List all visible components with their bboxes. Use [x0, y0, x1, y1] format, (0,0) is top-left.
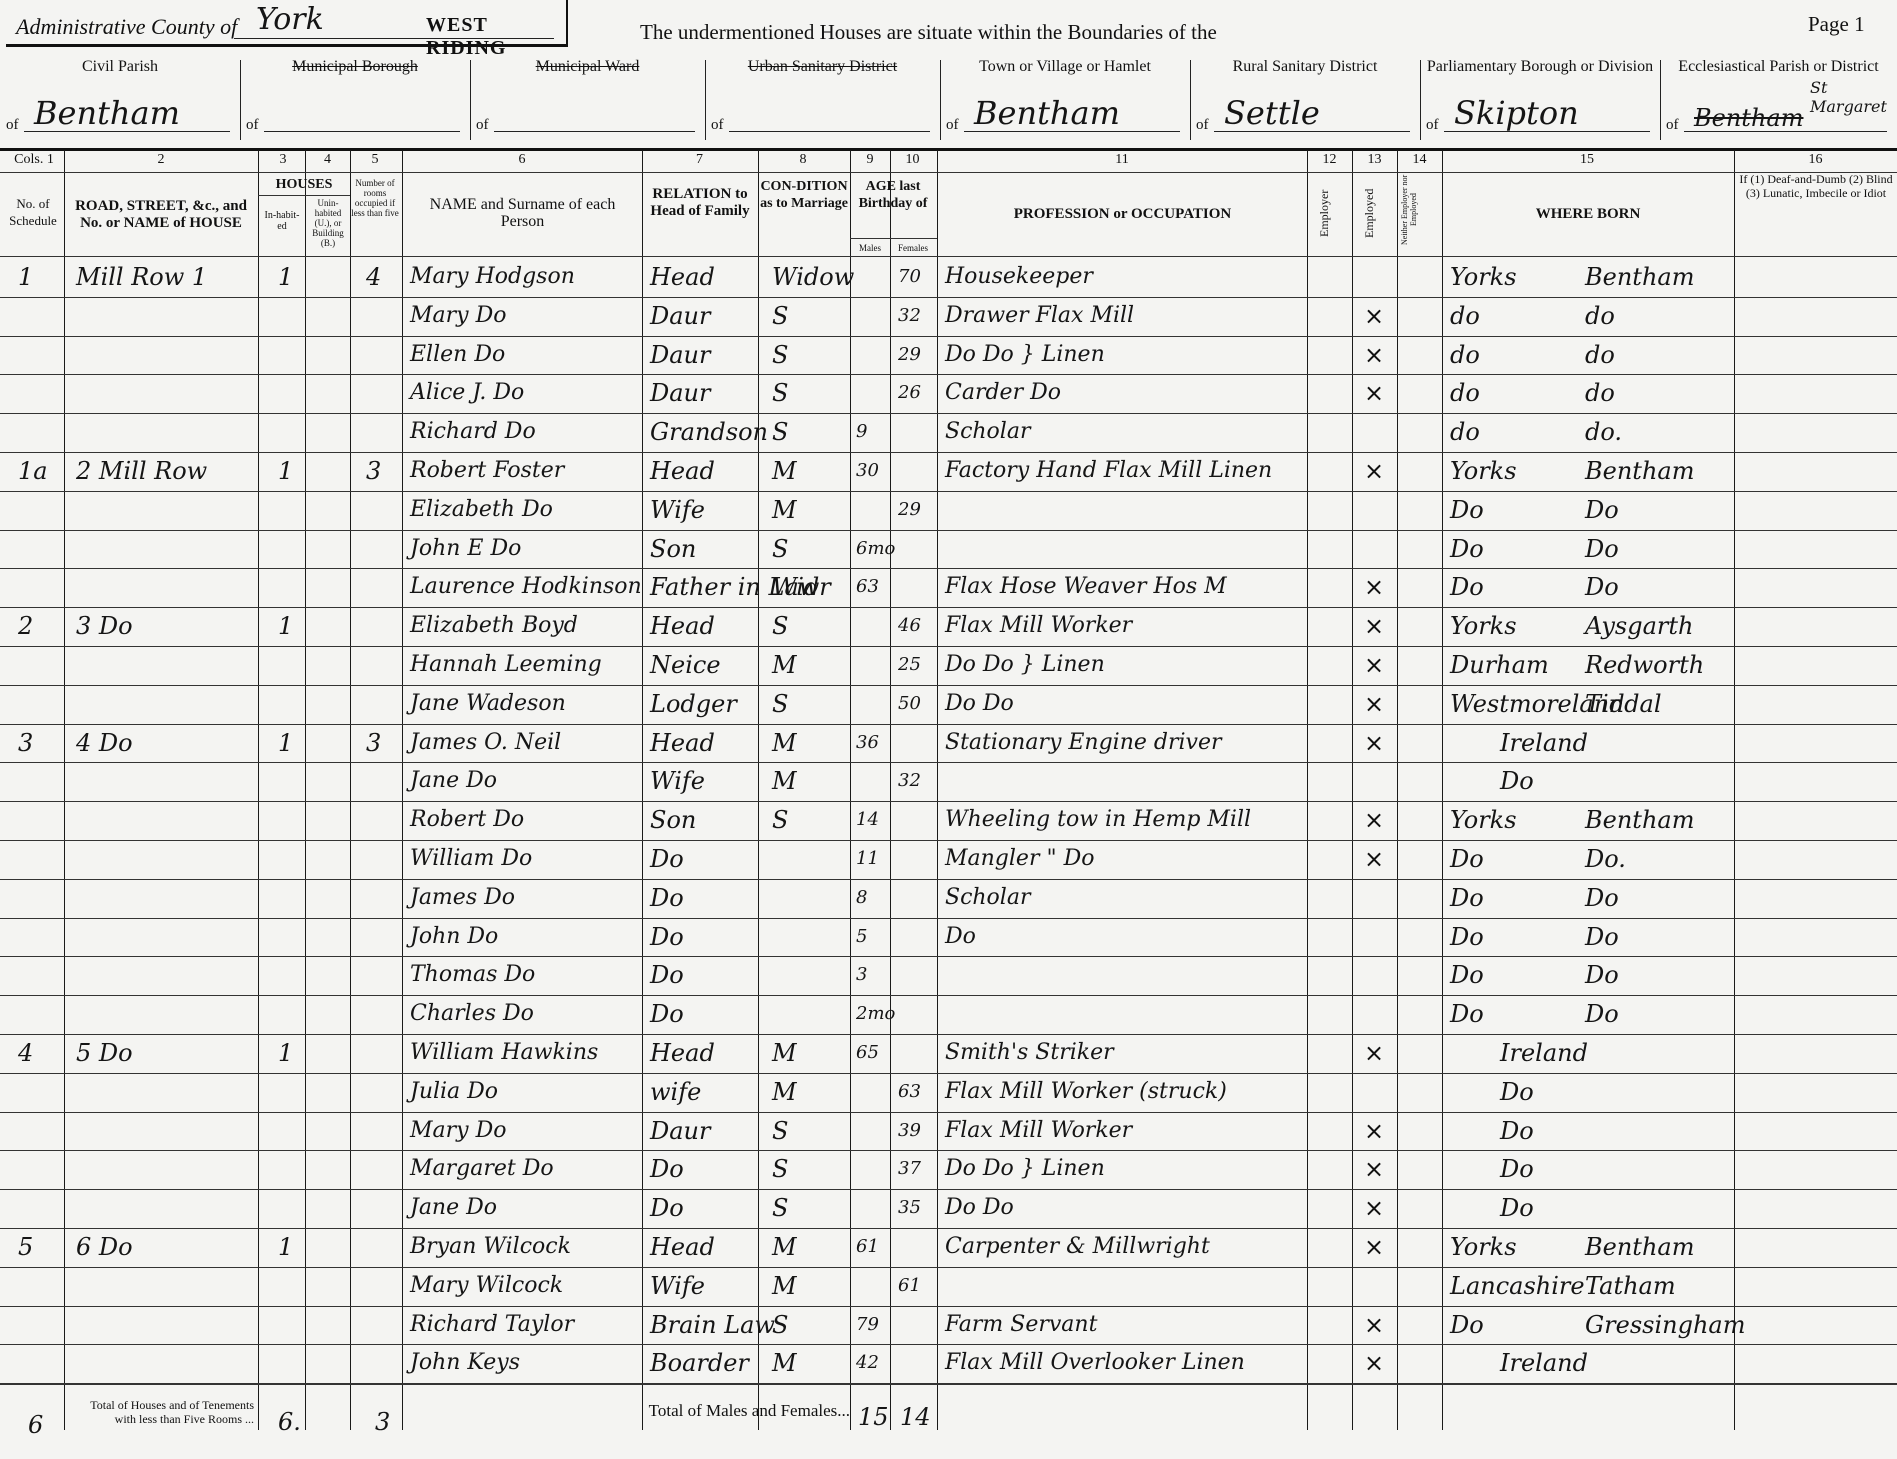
person-name: James O. Neil: [410, 726, 561, 760]
female-age: 50: [898, 687, 921, 721]
employed-mark: ×: [1364, 1114, 1384, 1148]
relation: Wife: [650, 764, 705, 798]
underline: [494, 131, 695, 132]
occupation: Farm Servant: [945, 1308, 1097, 1342]
inhabited-count: 1: [278, 260, 293, 294]
occupation: Do Do } Linen: [945, 338, 1105, 372]
relation: Son: [650, 803, 696, 837]
column-divider: [1397, 150, 1398, 1430]
born-county: Do: [1450, 958, 1484, 992]
col-number: 6: [402, 152, 642, 168]
occupation: Wheeling tow in Hemp Mill: [945, 803, 1251, 837]
col-heading-address: ROAD, STREET, &c., and No. or NAME of HO…: [66, 198, 256, 232]
occupation: Housekeeper: [945, 260, 1093, 294]
female-age: 63: [898, 1075, 921, 1109]
person-name: Robert Foster: [410, 454, 564, 488]
employed-mark: ×: [1364, 454, 1384, 488]
born-county: Do: [1450, 493, 1484, 527]
rooms-count: 3: [366, 726, 381, 760]
born-county: Do: [1500, 1075, 1534, 1109]
inhabited-count: 1: [278, 454, 293, 488]
person-name: Mary Hodgson: [410, 260, 575, 294]
district-ecclesiastical: Ecclesiastical Parish or District of Ben…: [1660, 52, 1897, 144]
district-municipal-borough: Municipal Borough of: [240, 52, 470, 144]
col-heading-where-born: WHERE BORN: [1444, 206, 1732, 223]
person-name: Ellen Do: [410, 338, 505, 372]
employed-mark: ×: [1364, 1230, 1384, 1264]
born-county: Do: [1450, 1308, 1484, 1342]
relation: Daur: [650, 376, 710, 410]
born-county: Ireland: [1500, 1036, 1588, 1070]
condition: S: [772, 609, 788, 643]
district-parliamentary: Parliamentary Borough or Division of Ski…: [1420, 52, 1660, 144]
condition: M: [772, 454, 797, 488]
occupation: Stationary Engine driver: [945, 726, 1222, 760]
relation: Do: [650, 881, 684, 915]
persons-total-label: Total of Males and Females...: [560, 1404, 850, 1418]
born-place: Do: [1585, 532, 1619, 566]
houses-rule: [258, 195, 350, 196]
male-age: 9: [856, 415, 867, 449]
address: Mill Row 1: [76, 260, 207, 294]
person-name: Mary Do: [410, 299, 506, 333]
condition: S: [772, 338, 788, 372]
born-county: Do: [1450, 997, 1484, 1031]
column-divider: [937, 150, 938, 1430]
ecclesiastical-annotation: St Margaret: [1810, 78, 1897, 116]
employed-mark: ×: [1364, 299, 1384, 333]
inhabited-count: 1: [278, 1230, 293, 1264]
occupation: Do: [945, 920, 976, 954]
males-total: 15: [858, 1400, 889, 1434]
female-age: 26: [898, 376, 921, 410]
county-value: York: [256, 2, 324, 37]
born-county: Do: [1450, 920, 1484, 954]
condition: M: [772, 1269, 797, 1303]
district-value: Bentham: [974, 94, 1120, 132]
female-age: 46: [898, 609, 921, 643]
person-name: Margaret Do: [410, 1152, 554, 1186]
employed-mark: ×: [1364, 570, 1384, 604]
district-label: Municipal Borough: [240, 58, 470, 75]
person-name: Laurence Hodkinson: [410, 570, 642, 604]
born-county: Durham: [1450, 648, 1549, 682]
district-label: Town or Village or Hamlet: [940, 58, 1190, 75]
relation: Do: [650, 997, 684, 1031]
row-rule: [0, 724, 1897, 725]
relation: Head: [650, 726, 715, 760]
row-rule: [0, 1112, 1897, 1113]
occupation: Do Do: [945, 687, 1014, 721]
person-name: John E Do: [410, 532, 521, 566]
relation: Daur: [650, 299, 710, 333]
condition: Widr: [772, 570, 831, 604]
condition: M: [772, 1230, 797, 1264]
address: 3 Do: [76, 609, 133, 643]
condition: M: [772, 1036, 797, 1070]
condition: M: [772, 648, 797, 682]
born-place: Bentham: [1585, 803, 1694, 837]
district-town-village: Town or Village or Hamlet of Bentham: [940, 52, 1190, 144]
col-number: 11: [937, 152, 1307, 168]
person-name: Alice J. Do: [410, 376, 524, 410]
female-age: 29: [898, 338, 921, 372]
schedule-number: 3: [18, 726, 33, 760]
person-name: Mary Do: [410, 1114, 506, 1148]
born-place: Do: [1585, 493, 1619, 527]
born-county: Ireland: [1500, 1346, 1588, 1380]
schedules-total: 6: [28, 1408, 43, 1442]
condition: S: [772, 532, 788, 566]
female-age: 61: [898, 1269, 921, 1303]
of-label: of: [1666, 117, 1679, 134]
tenements-total: 3: [375, 1405, 390, 1439]
of-label: of: [711, 117, 724, 134]
relation: Neice: [650, 648, 721, 682]
born-place: Tatham: [1585, 1269, 1676, 1303]
row-rule: [0, 452, 1897, 453]
district-value: Bentham: [34, 94, 180, 132]
of-label: of: [6, 117, 19, 134]
employed-mark: ×: [1364, 648, 1384, 682]
female-age: 70: [898, 260, 921, 294]
row-rule: [0, 646, 1897, 647]
col-heading-neither: Neither Employer nor Employed: [1400, 172, 1436, 248]
born-county: Yorks: [1450, 803, 1517, 837]
female-age: 32: [898, 764, 921, 798]
male-age: 61: [856, 1230, 879, 1264]
schedule-number: 4: [18, 1036, 33, 1070]
district-label: Civil Parish: [0, 58, 240, 75]
relation: Grandson: [650, 415, 768, 449]
col-number: 12: [1307, 152, 1352, 168]
col-number: 2: [66, 152, 256, 168]
born-county: Do: [1450, 842, 1484, 876]
col-number: 4: [305, 152, 350, 168]
intro-text: The undermentioned Houses are situate wi…: [640, 20, 1217, 45]
male-age: 65: [856, 1036, 879, 1070]
person-name: Jane Do: [410, 764, 497, 798]
relation: Boarder: [650, 1346, 749, 1380]
houses-total-label: Total of Houses and of Tenements with le…: [84, 1398, 254, 1426]
person-name: Jane Do: [410, 1191, 497, 1225]
row-rule: [0, 336, 1897, 337]
col-heading-name: NAME and Surname of each Person: [410, 196, 635, 230]
row-rule: [0, 1344, 1897, 1345]
occupation: Flax Mill Worker (struck): [945, 1075, 1227, 1109]
page-number: Page 1: [1808, 12, 1865, 37]
col-heading-rooms: Number of rooms occupied if less than fi…: [351, 178, 399, 218]
born-place: Aysgarth: [1585, 609, 1693, 643]
born-county: Yorks: [1450, 1230, 1517, 1264]
column-divider: [1734, 150, 1735, 1430]
of-label: of: [246, 117, 259, 134]
column-divider: [1352, 150, 1353, 1430]
address: 5 Do: [76, 1036, 133, 1070]
born-place: Redworth: [1585, 648, 1704, 682]
person-name: Richard Do: [410, 415, 536, 449]
person-name: Hannah Leeming: [410, 648, 602, 682]
col-heading-relation: RELATION to Head of Family: [644, 186, 756, 220]
born-county: Do: [1450, 532, 1484, 566]
column-divider: [758, 150, 759, 1430]
condition: S: [772, 1152, 788, 1186]
condition: S: [772, 687, 788, 721]
occupation: Mangler " Do: [945, 842, 1094, 876]
employed-mark: ×: [1364, 1191, 1384, 1225]
employed-mark: ×: [1364, 842, 1384, 876]
row-rule: [0, 1189, 1897, 1190]
col-heading-age: AGE last Birthday of: [851, 178, 935, 212]
condition: Widow: [772, 260, 854, 294]
row-rule: [0, 1267, 1897, 1268]
address: 2 Mill Row: [76, 454, 207, 488]
male-age: 42: [856, 1346, 879, 1380]
occupation: Drawer Flax Mill: [945, 299, 1134, 333]
district-label: Parliamentary Borough or Division: [1420, 58, 1660, 75]
born-county: Do: [1500, 764, 1534, 798]
col-heading-uninhabited: Unin-habited (U.), or Building (B.): [306, 198, 350, 248]
col-number: 5: [350, 152, 400, 168]
of-label: of: [946, 117, 959, 134]
born-county: do: [1450, 415, 1480, 449]
female-age: 35: [898, 1191, 921, 1225]
person-name: Bryan Wilcock: [410, 1230, 571, 1264]
born-county: Lancashire: [1450, 1269, 1585, 1303]
female-age: 37: [898, 1152, 921, 1186]
col-number: 15: [1442, 152, 1732, 168]
col-heading-employed: Employed: [1363, 178, 1383, 248]
column-divider: [642, 150, 643, 1430]
male-age: 63: [856, 570, 879, 604]
relation: Do: [650, 958, 684, 992]
person-name: Thomas Do: [410, 958, 535, 992]
condition: S: [772, 803, 788, 837]
female-age: 29: [898, 493, 921, 527]
female-age: 25: [898, 648, 921, 682]
relation: Brain Law: [650, 1308, 775, 1342]
district-value: Settle: [1224, 94, 1320, 132]
column-divider: [305, 150, 306, 1430]
district-rural-sanitary: Rural Sanitary District of Settle: [1190, 52, 1420, 144]
employed-mark: ×: [1364, 1308, 1384, 1342]
row-rule: [0, 956, 1897, 957]
row-rule: [0, 762, 1897, 763]
row-rule: [0, 1034, 1897, 1035]
relation: Head: [650, 260, 715, 294]
person-name: Elizabeth Do: [410, 493, 553, 527]
person-name: Elizabeth Boyd: [410, 609, 578, 643]
col-number: 7: [642, 152, 757, 168]
employed-mark: ×: [1364, 1036, 1384, 1070]
occupation: Scholar: [945, 881, 1030, 915]
col-heading-condition: CON-DITION as to Marriage: [760, 178, 848, 212]
of-label: of: [476, 117, 489, 134]
employed-mark: ×: [1364, 687, 1384, 721]
occupation: Carder Do: [945, 376, 1061, 410]
heading-rule: [0, 256, 1897, 257]
male-age: 14: [856, 803, 879, 837]
employed-mark: ×: [1364, 1346, 1384, 1380]
row-rule: [0, 995, 1897, 996]
person-name: John Keys: [410, 1346, 520, 1380]
born-place: Bentham: [1585, 260, 1694, 294]
column-divider: [1442, 150, 1443, 1430]
address: 4 Do: [76, 726, 133, 760]
born-place: Do: [1585, 920, 1619, 954]
born-county: do: [1450, 376, 1480, 410]
occupation: Do Do } Linen: [945, 1152, 1105, 1186]
relation: wife: [650, 1075, 701, 1109]
district-label: Urban Sanitary District: [705, 58, 940, 75]
born-county: Ireland: [1500, 726, 1588, 760]
inhabited-count: 1: [278, 609, 293, 643]
condition: S: [772, 1191, 788, 1225]
male-age: 11: [856, 842, 879, 876]
inhabited-count: 1: [278, 1036, 293, 1070]
district-value: Skipton: [1454, 94, 1579, 132]
row-rule: [0, 685, 1897, 686]
relation: Do: [650, 1191, 684, 1225]
schedule-number: 1a: [18, 454, 48, 488]
relation: Son: [650, 532, 696, 566]
relation: Lodger: [650, 687, 737, 721]
male-age: 79: [856, 1308, 879, 1342]
person-name: James Do: [410, 881, 515, 915]
col-number: 16: [1734, 152, 1897, 168]
male-age: 5: [856, 920, 867, 954]
county-box: Administrative County of York WEST RIDIN…: [6, 0, 568, 47]
district-value: Bentham: [1694, 104, 1803, 132]
female-age: 32: [898, 299, 921, 333]
born-county: Do: [1500, 1191, 1534, 1225]
employed-mark: ×: [1364, 1152, 1384, 1186]
col-heading-houses: HOUSES: [258, 176, 350, 193]
occupation: Carpenter & Millwright: [945, 1230, 1210, 1264]
born-place: do: [1585, 376, 1615, 410]
condition: S: [772, 376, 788, 410]
schedule-number: 5: [18, 1230, 33, 1264]
col-number: 13: [1352, 152, 1397, 168]
relation: Wife: [650, 1269, 705, 1303]
row-rule: [0, 413, 1897, 414]
condition: S: [772, 1114, 788, 1148]
address: 6 Do: [76, 1230, 133, 1264]
row-rule: [0, 491, 1897, 492]
col-number: Cols. 1: [4, 152, 64, 168]
relation: Do: [650, 920, 684, 954]
born-county: Yorks: [1450, 609, 1517, 643]
male-age: 8: [856, 881, 867, 915]
age-rule: [850, 238, 937, 239]
born-county: Do: [1450, 881, 1484, 915]
born-place: do: [1585, 299, 1615, 333]
row-rule: [0, 801, 1897, 802]
condition: M: [772, 1346, 797, 1380]
column-divider: [258, 150, 259, 1430]
born-county: Yorks: [1450, 454, 1517, 488]
relation: Wife: [650, 493, 705, 527]
col-heading-females: Females: [891, 240, 935, 257]
row-rule: [0, 607, 1897, 608]
condition: S: [772, 1308, 788, 1342]
rooms-count: 3: [366, 454, 381, 488]
district-civil-parish: Civil Parish of Bentham: [0, 52, 240, 144]
underline: [729, 131, 930, 132]
relation: Head: [650, 1230, 715, 1264]
person-name: Charles Do: [410, 997, 534, 1031]
person-name: Mary Wilcock: [410, 1269, 563, 1303]
occupation: Flax Mill Worker: [945, 1114, 1132, 1148]
occupation: Do Do: [945, 1191, 1014, 1225]
row-rule: [0, 568, 1897, 569]
district-label: Municipal Ward: [470, 58, 705, 75]
rooms-count: 4: [366, 260, 381, 294]
born-place: Bentham: [1585, 454, 1694, 488]
relation: Daur: [650, 338, 710, 372]
employed-mark: ×: [1364, 376, 1384, 410]
occupation: Scholar: [945, 415, 1030, 449]
born-place: Gressingham: [1585, 1308, 1746, 1342]
born-county: Do: [1450, 570, 1484, 604]
condition: S: [772, 415, 788, 449]
footer-rule: [0, 1383, 1897, 1385]
occupation: Flax Hose Weaver Hos M: [945, 570, 1227, 604]
district-label: Rural Sanitary District: [1190, 58, 1420, 75]
col-heading-inhabited: In-habit-ed: [260, 210, 304, 232]
column-divider: [890, 150, 891, 1430]
column-divider: [350, 150, 351, 1430]
occupation: Flax Mill Overlooker Linen: [945, 1346, 1245, 1380]
condition: M: [772, 764, 797, 798]
person-name: John Do: [410, 920, 498, 954]
female-age: 39: [898, 1114, 921, 1148]
employed-mark: ×: [1364, 338, 1384, 372]
born-county: do: [1450, 299, 1480, 333]
relation: Head: [650, 454, 715, 488]
schedule-number: 2: [18, 609, 33, 643]
row-rule: [0, 1228, 1897, 1229]
male-age: 36: [856, 726, 879, 760]
col-number: 8: [758, 152, 848, 168]
row-rule: [0, 918, 1897, 919]
row-rule: [0, 840, 1897, 841]
born-county: do: [1450, 338, 1480, 372]
col-number: 9: [850, 152, 890, 168]
condition: S: [772, 299, 788, 333]
born-place: do: [1585, 338, 1615, 372]
employed-mark: ×: [1364, 803, 1384, 837]
occupation: Do Do } Linen: [945, 648, 1105, 682]
of-label: of: [1196, 117, 1209, 134]
person-name: Julia Do: [410, 1075, 498, 1109]
col-heading-employer: Employer: [1318, 178, 1338, 248]
born-place: Do: [1585, 881, 1619, 915]
person-name: Richard Taylor: [410, 1308, 574, 1342]
born-county: Do: [1500, 1152, 1534, 1186]
relation: Daur: [650, 1114, 710, 1148]
district-urban-sanitary: Urban Sanitary District of: [705, 52, 940, 144]
females-total: 14: [900, 1400, 931, 1434]
column-divider: [402, 150, 403, 1430]
column-divider: [64, 150, 65, 1430]
row-rule: [0, 1150, 1897, 1151]
underline: [264, 131, 460, 132]
born-place: Do: [1585, 958, 1619, 992]
col-number: 3: [258, 152, 308, 168]
male-age: 30: [856, 454, 879, 488]
col-heading-infirmity: If (1) Deaf-and-Dumb (2) Blind (3) Lunat…: [1736, 172, 1896, 200]
